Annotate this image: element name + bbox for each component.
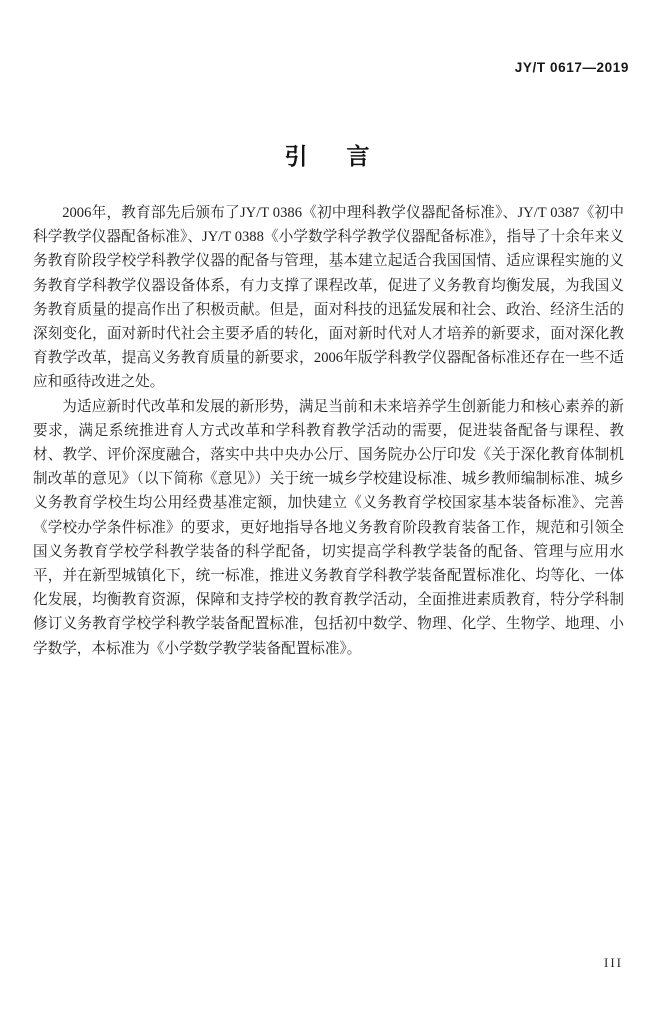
standard-code-header: JY/T 0617—2019	[515, 60, 629, 75]
paragraph-1: 2006年，教育部先后颁布了JY/T 0386《初中理科教学仪器配备标准》、JY…	[33, 201, 624, 395]
document-page: JY/T 0617—2019 引言 2006年，教育部先后颁布了JY/T 038…	[0, 0, 654, 1015]
document-body: 2006年，教育部先后颁布了JY/T 0386《初中理科教学仪器配备标准》、JY…	[33, 201, 624, 661]
paragraph-2: 为适应新时代改革和发展的新形势，满足当前和未来培养学生创新能力和核心素养的新要求…	[33, 395, 624, 661]
page-title: 引言	[0, 138, 654, 171]
page-number: III	[604, 955, 623, 971]
